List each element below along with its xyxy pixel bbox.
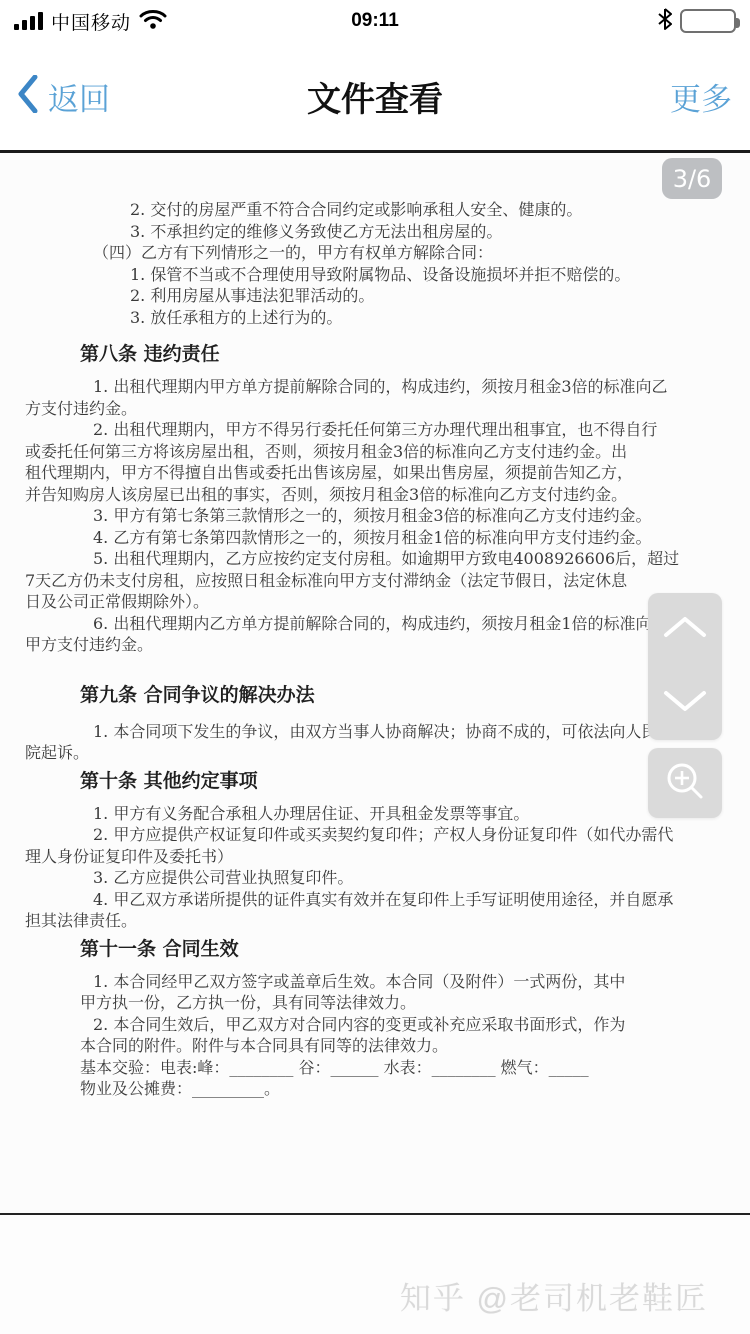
document-line: 本合同的附件。附件与本合同具有同等的法律效力。 (0, 1035, 728, 1057)
status-bar: 中国移动 09:11 (0, 0, 750, 42)
scroll-down-button[interactable] (648, 667, 722, 741)
document-line: 6. 出租代理期内乙方单方提前解除合同的，构成违约，须按月租金1倍的标准向 (0, 613, 728, 635)
chevron-down-icon (662, 689, 708, 718)
document-heading: 第八条 违约责任 (0, 341, 728, 368)
bluetooth-icon (658, 8, 672, 35)
document-line: 甲方执一份，乙方执一份，具有同等法律效力。 (0, 992, 728, 1014)
document-line: 方支付违约金。 (0, 398, 728, 420)
document-line: 1. 出租代理期内甲方单方提前解除合同的，构成违约，须按月租金3倍的标准向乙 (0, 376, 728, 398)
back-button[interactable]: 返回 (18, 74, 110, 119)
document-line: 4. 乙方有第七条第四款情形之一的，须按月租金1倍的标准向甲方支付违约金。 (0, 527, 728, 549)
document-line: 2. 本合同生效后，甲乙双方对合同内容的变更或补充应采取书面形式，作为 (0, 1014, 728, 1036)
carrier-label: 中国移动 (51, 8, 131, 35)
document-line: 1. 本合同经甲乙双方签字或盖章后生效。本合同（及附件）一式两份，其中 (0, 971, 728, 993)
scroll-up-button[interactable] (648, 593, 722, 667)
phone-screen: 中国移动 09:11 (0, 0, 750, 1334)
page-indicator-badge: 3/6 (662, 158, 722, 199)
document-line: 2. 甲方应提供产权证复印件或买卖契约复印件；产权人身份证复印件（如代办需代 (0, 824, 728, 846)
document-line: 1. 甲方有义务配合承租人办理居住证、开具租金发票等事宜。 (0, 803, 728, 825)
document-line: 租代理期内，甲方不得擅自出售或委托出售该房屋，如果出售房屋，须提前告知乙方， (0, 462, 728, 484)
document-line: 1. 保管不当或不合理使用导致附属物品、设备设施损坏并拒不赔偿的。 (0, 264, 728, 286)
wifi-icon (139, 8, 167, 35)
document-line: 3. 甲方有第七条第三款情形之一的，须按月租金3倍的标准向乙方支付违约金。 (0, 505, 728, 527)
document-line: 甲方支付违约金。 (0, 634, 728, 656)
document-line: 或委托任何第三方将该房屋出租，否则，须按月租金3倍的标准向乙方支付违约金。出 (0, 441, 728, 463)
watermark: 知乎 @老司机老鞋匠 (400, 1273, 708, 1318)
document-line: 担其法律责任。 (0, 910, 728, 932)
document-line: 5. 出租代理期内，乙方应按约定支付房租。如逾期甲方致电4008926606后，… (0, 548, 728, 570)
document-line: 1. 本合同项下发生的争议，由双方当事人协商解决；协商不成的，可依法向人民法 (0, 721, 728, 743)
document-line: 7天乙方仍未支付房租，应按照日租金标准向甲方支付滞纳金（法定节假日，法定休息 (0, 570, 728, 592)
document-line: （四）乙方有下列情形之一的，甲方有权单方解除合同： (0, 242, 728, 264)
back-label: 返回 (48, 74, 110, 119)
document-heading: 第九条 合同争议的解决办法 (0, 682, 728, 709)
zoom-in-button[interactable] (648, 748, 722, 818)
document-line: 理人身份证复印件及委托书） (0, 846, 728, 868)
document-line: 3. 不承担约定的维修义务致使乙方无法出租房屋的。 (0, 221, 728, 243)
document-line: 4. 甲乙双方承诺所提供的证件真实有效并在复印件上手写证明使用途径，并自愿承 (0, 889, 728, 911)
magnifier-plus-icon (664, 760, 706, 807)
document-line: 院起诉。 (0, 742, 728, 764)
chevron-left-icon (18, 75, 38, 118)
document-heading: 第十条 其他约定事项 (0, 768, 728, 795)
signal-bars-icon (14, 12, 43, 30)
document-line: 2. 出租代理期内，甲方不得另行委托任何第三方办理代理出租事宜，也不得自行 (0, 419, 728, 441)
document-line: 3. 乙方应提供公司营业执照复印件。 (0, 867, 728, 889)
chevron-up-icon (662, 615, 708, 644)
document-line: 日及公司正常假期除外）。 (0, 591, 728, 613)
document-line: 2. 交付的房屋严重不符合合同约定或影响承租人安全、健康的。 (0, 199, 728, 221)
battery-icon (680, 9, 736, 33)
document-viewer[interactable]: 2. 交付的房屋严重不符合合同约定或影响承租人安全、健康的。3. 不承担约定的维… (0, 153, 750, 1213)
document-heading: 第十一条 合同生效 (0, 936, 728, 963)
nav-bar: 返回 文件查看 更多 (0, 42, 750, 150)
document-line: 物业及公摊费：_________。 (0, 1078, 728, 1100)
document-line: 2. 利用房屋从事违法犯罪活动的。 (0, 285, 728, 307)
document-line: 3. 放任承租方的上述行为的。 (0, 307, 728, 329)
scroll-control (648, 593, 722, 740)
more-button[interactable]: 更多 (670, 74, 732, 119)
footer-area: 知乎 @老司机老鞋匠 (0, 1215, 750, 1334)
document-line: 并告知购房人该房屋已出租的事实，否则，须按月租金3倍的标准向乙方支付违约金。 (0, 484, 728, 506)
page-title: 文件查看 (0, 72, 750, 121)
document-text: 2. 交付的房屋严重不符合合同约定或影响承租人安全、健康的。3. 不承担约定的维… (0, 153, 750, 1100)
document-line: 基本交验：电表:峰：________ 谷：______ 水表：________ … (0, 1057, 728, 1079)
